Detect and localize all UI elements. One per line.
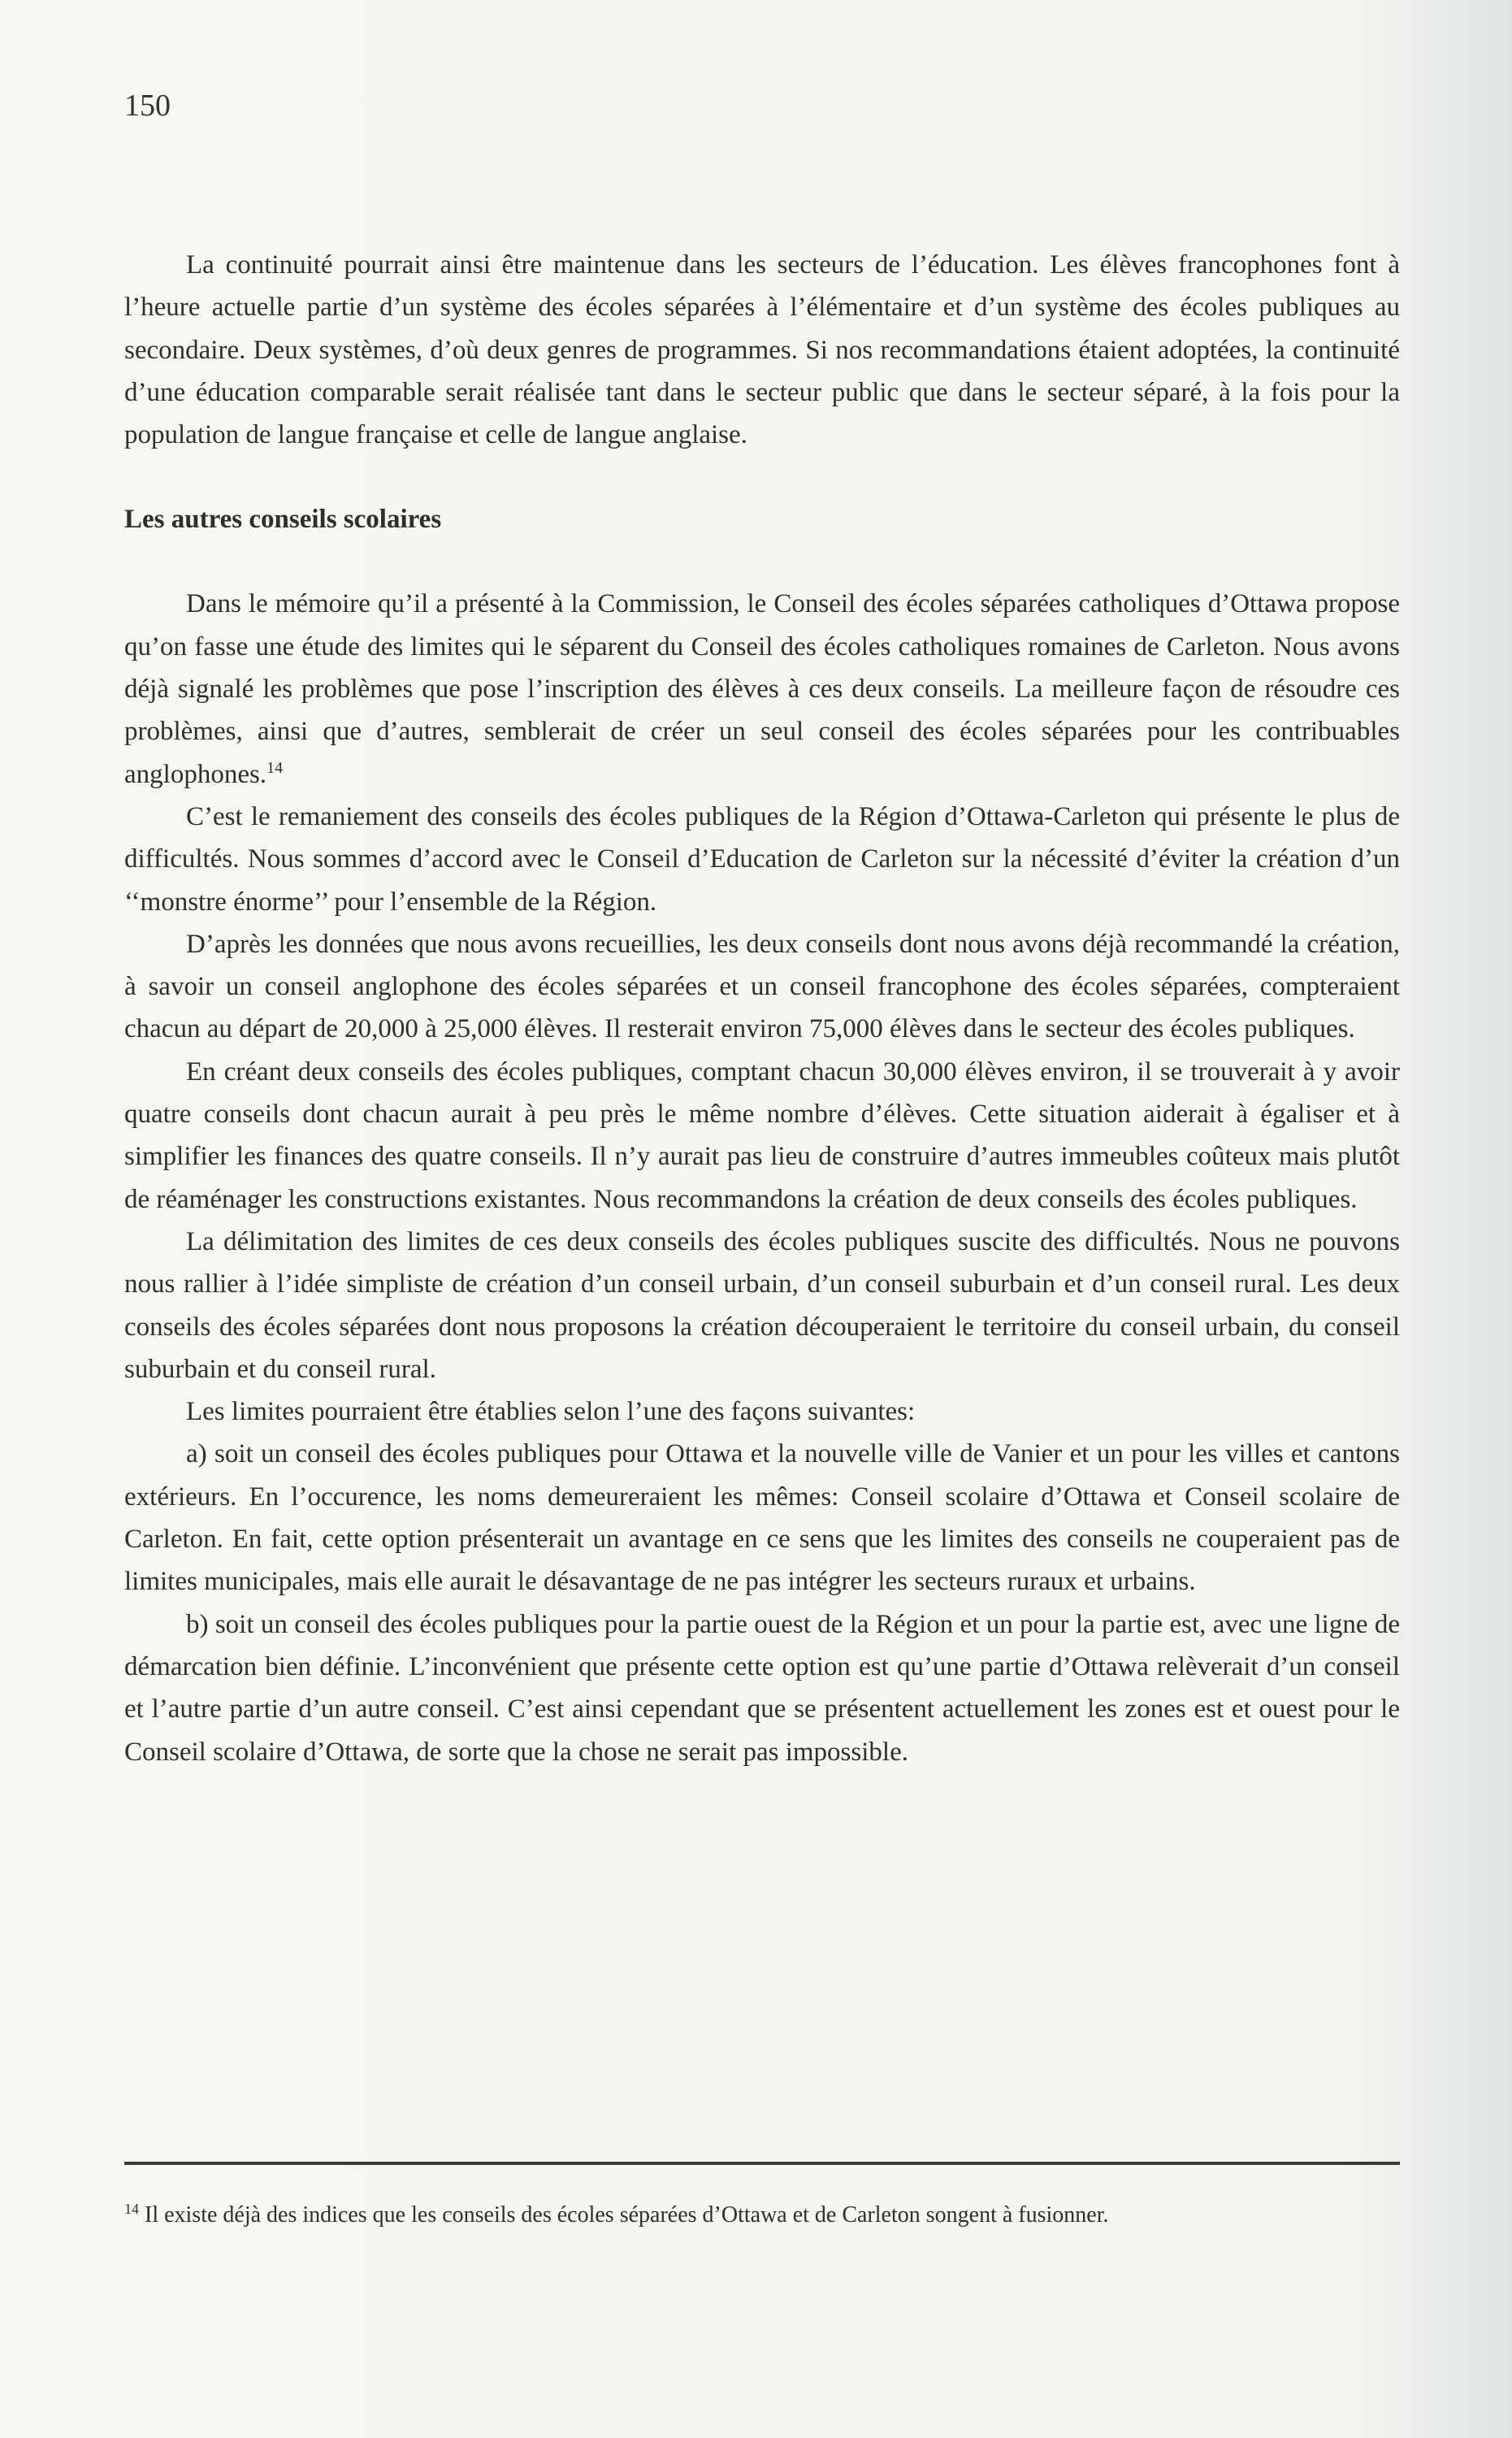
paragraph: En créant deux conseils des écoles publi… [124, 1051, 1400, 1221]
footnote: 14 Il existe déjà des indices que les co… [124, 2196, 1400, 2235]
footnote-number: 14 [124, 2201, 139, 2217]
section-heading: Les autres conseils scolaires [124, 498, 1400, 540]
footnote-text: Il existe déjà des indices que les conse… [139, 2202, 1109, 2228]
paragraph: D’après les données que nous avons recue… [124, 923, 1400, 1051]
paragraph: Dans le mémoire qu’il a présenté à la Co… [124, 583, 1400, 795]
footnote-reference[interactable]: 14 [266, 759, 283, 777]
paragraph: La délimitation des limites de ces deux … [124, 1221, 1400, 1390]
paragraph: Les limites pourraient être établies sel… [124, 1390, 1400, 1433]
paragraph-text: Dans le mémoire qu’il a présenté à la Co… [124, 589, 1400, 788]
option-b-paragraph: b) soit un conseil des écoles publiques … [124, 1603, 1400, 1773]
footnote-divider [124, 2162, 1400, 2165]
page-body: La continuité pourrait ainsi être mainte… [124, 244, 1400, 1773]
option-a-paragraph: a) soit un conseil des écoles publiques … [124, 1433, 1400, 1603]
page-number: 150 [124, 88, 171, 124]
intro-paragraph: La continuité pourrait ainsi être mainte… [124, 244, 1400, 456]
paragraph: C’est le remaniement des conseils des éc… [124, 796, 1400, 923]
